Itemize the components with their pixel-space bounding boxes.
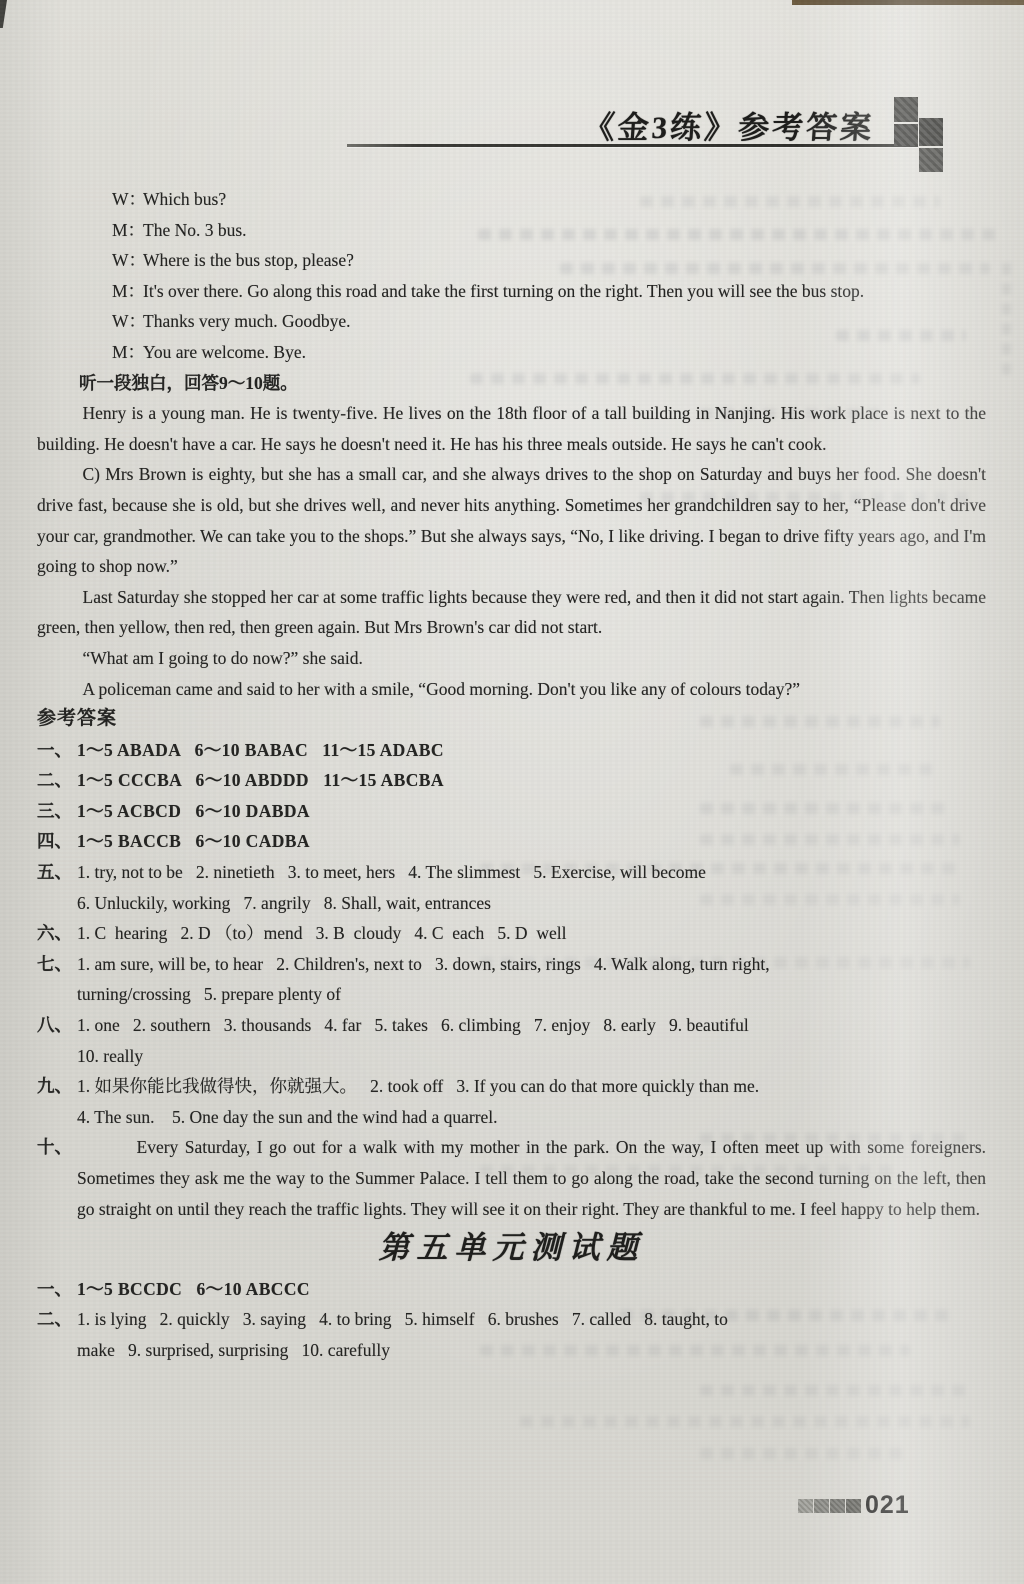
answer-row-number: 四、	[37, 826, 77, 857]
header-block-ornament	[894, 97, 918, 122]
answer-row-text: 1～5 ACBCD 6～10 DABDA	[77, 796, 986, 827]
header-rule	[347, 144, 918, 147]
footer-square-ornament	[830, 1499, 845, 1513]
dialogue-text: Which bus?	[143, 184, 986, 215]
header-block-ornament	[919, 118, 943, 146]
answer-row: 一、 1～5 ABADA 6～10 BABAC 11～15 ADABC	[37, 735, 986, 766]
dialogue-line: M： The No. 3 bus.	[112, 215, 986, 246]
answer-row-text: 1～5 BCCDC 6～10 ABCCC	[77, 1274, 986, 1305]
dialogue-line: W： Thanks very much. Goodbye.	[112, 306, 986, 337]
answer-row: 6. Unluckily, working 7. angrily 8. Shal…	[37, 888, 986, 919]
answer-row-text: 6. Unluckily, working 7. angrily 8. Shal…	[77, 888, 986, 919]
answer-row: 4. The sun. 5. One day the sun and the w…	[37, 1102, 986, 1133]
header-block-ornament	[919, 148, 943, 172]
dialogue-text: Thanks very much. Goodbye.	[143, 306, 986, 337]
answer-row-text: 1～5 ABADA 6～10 BABAC 11～15 ADABC	[77, 735, 986, 766]
answer-row-text: 1. 如果你能比我做得快，你就强大。 2. took off 3. If you…	[77, 1071, 986, 1102]
answer-row-number: 二、	[37, 1304, 77, 1335]
answer-row: 五、 1. try, not to be 2. ninetieth 3. to …	[37, 857, 986, 888]
dialogue-line: W： Which bus?	[112, 184, 986, 215]
dialogue-text: It's over there. Go along this road and …	[143, 276, 986, 307]
listening-passage: “What am I going to do now?” she said.	[37, 643, 986, 674]
page-header-title: 《金3练》参考答案	[582, 102, 876, 147]
answer-row-text: 1～5 BACCB 6～10 CADBA	[77, 826, 986, 857]
footer-square-ornament	[798, 1499, 813, 1513]
listening-passage: Last Saturday she stopped her car at som…	[37, 582, 986, 643]
answer-row-number	[37, 1041, 77, 1072]
dialogue-text: Where is the bus stop, please?	[143, 245, 986, 276]
header-block-ornament	[894, 124, 918, 146]
footer-square-ornament	[846, 1499, 861, 1513]
answer-row-text: 1. C hearing 2. D （to）mend 3. B cloudy 4…	[77, 918, 986, 949]
answer-row-number: 九、	[37, 1071, 77, 1102]
answer-row-number	[37, 1102, 77, 1133]
answer-row-number: 十、	[37, 1132, 77, 1224]
answer-row-number: 三、	[37, 796, 77, 827]
listening-passage: A policeman came and said to her with a …	[37, 674, 986, 705]
page-footer: 021	[798, 1493, 910, 1518]
page-content: W： Which bus? M： The No. 3 bus. W： Where…	[37, 184, 986, 1366]
monologue-prompt: 听一段独白，回答9～10题。	[79, 368, 986, 399]
answer-row-number: 一、	[37, 1274, 77, 1305]
answer-row-text: 1. try, not to be 2. ninetieth 3. to mee…	[77, 857, 986, 888]
scan-edge-strip	[792, 0, 1024, 5]
dialogue-text: You are welcome. Bye.	[143, 337, 986, 368]
answer-row-text: 1. is lying 2. quickly 3. saying 4. to b…	[77, 1304, 986, 1335]
dialogue-line: M： You are welcome. Bye.	[112, 337, 986, 368]
listening-passage: C) Mrs Brown is eighty, but she has a sm…	[37, 459, 986, 581]
answer-row-text: turning/crossing 5. prepare plenty of	[77, 979, 986, 1010]
footer-square-ornament	[814, 1499, 829, 1513]
answer-row: make 9. surprised, surprising 10. carefu…	[37, 1335, 986, 1366]
answer-key-heading: 参考答案	[37, 704, 986, 735]
speaker-label: M：	[112, 276, 143, 307]
answer-row: 六、 1. C hearing 2. D （to）mend 3. B cloud…	[37, 918, 986, 949]
answer-row: 二、 1. is lying 2. quickly 3. saying 4. t…	[37, 1304, 986, 1335]
answer-row: 二、 1～5 CCCBA 6～10 ABDDD 11～15 ABCBA	[37, 765, 986, 796]
answer-row-number: 五、	[37, 857, 77, 888]
answer-row-number: 七、	[37, 949, 77, 980]
answer-row-text: 1. one 2. southern 3. thousands 4. far 5…	[77, 1010, 986, 1041]
answer-essay-row: 十、 Every Saturday, I go out for a walk w…	[37, 1132, 986, 1224]
answer-row-text: 10. really	[77, 1041, 986, 1072]
dialogue-line: M： It's over there. Go along this road a…	[112, 276, 986, 307]
unit5-section-title: 第五单元测试题	[37, 1233, 986, 1264]
bleed-through-smudge	[1002, 255, 1011, 375]
answer-row: 四、 1～5 BACCB 6～10 CADBA	[37, 826, 986, 857]
answer-row-number	[37, 1335, 77, 1366]
answer-row-number	[37, 979, 77, 1010]
answer-row: 八、 1. one 2. southern 3. thousands 4. fa…	[37, 1010, 986, 1041]
answer-row-number: 六、	[37, 918, 77, 949]
answer-row: 一、 1～5 BCCDC 6～10 ABCCC	[37, 1274, 986, 1305]
speaker-label: W：	[112, 306, 143, 337]
answer-row: 10. really	[37, 1041, 986, 1072]
answer-row: turning/crossing 5. prepare plenty of	[37, 979, 986, 1010]
answer-row-number: 二、	[37, 765, 77, 796]
listening-passage: Henry is a young man. He is twenty-five.…	[37, 398, 986, 459]
speaker-label: W：	[112, 184, 143, 215]
dialogue-text: The No. 3 bus.	[143, 215, 986, 246]
bleed-through-smudge	[520, 1416, 970, 1427]
answer-row-number: 一、	[37, 735, 77, 766]
answer-row: 九、 1. 如果你能比我做得快，你就强大。 2. took off 3. If …	[37, 1071, 986, 1102]
speaker-label: M：	[112, 215, 143, 246]
answer-row-number: 八、	[37, 1010, 77, 1041]
answer-row-text: 1～5 CCCBA 6～10 ABDDD 11～15 ABCBA	[77, 765, 986, 796]
dialogue-line: W： Where is the bus stop, please?	[112, 245, 986, 276]
answer-essay-text: Every Saturday, I go out for a walk with…	[77, 1132, 986, 1224]
bleed-through-smudge	[700, 1448, 910, 1459]
answer-row-number	[37, 888, 77, 919]
answer-row-text: make 9. surprised, surprising 10. carefu…	[77, 1335, 986, 1366]
speaker-label: M：	[112, 337, 143, 368]
bleed-through-smudge	[700, 1385, 970, 1396]
answer-row-text: 4. The sun. 5. One day the sun and the w…	[77, 1102, 986, 1133]
answer-row-text: 1. am sure, will be, to hear 2. Children…	[77, 949, 986, 980]
answer-row: 三、 1～5 ACBCD 6～10 DABDA	[37, 796, 986, 827]
speaker-label: W：	[112, 245, 143, 276]
answer-row: 七、 1. am sure, will be, to hear 2. Child…	[37, 949, 986, 980]
page-number: 021	[865, 1493, 910, 1518]
